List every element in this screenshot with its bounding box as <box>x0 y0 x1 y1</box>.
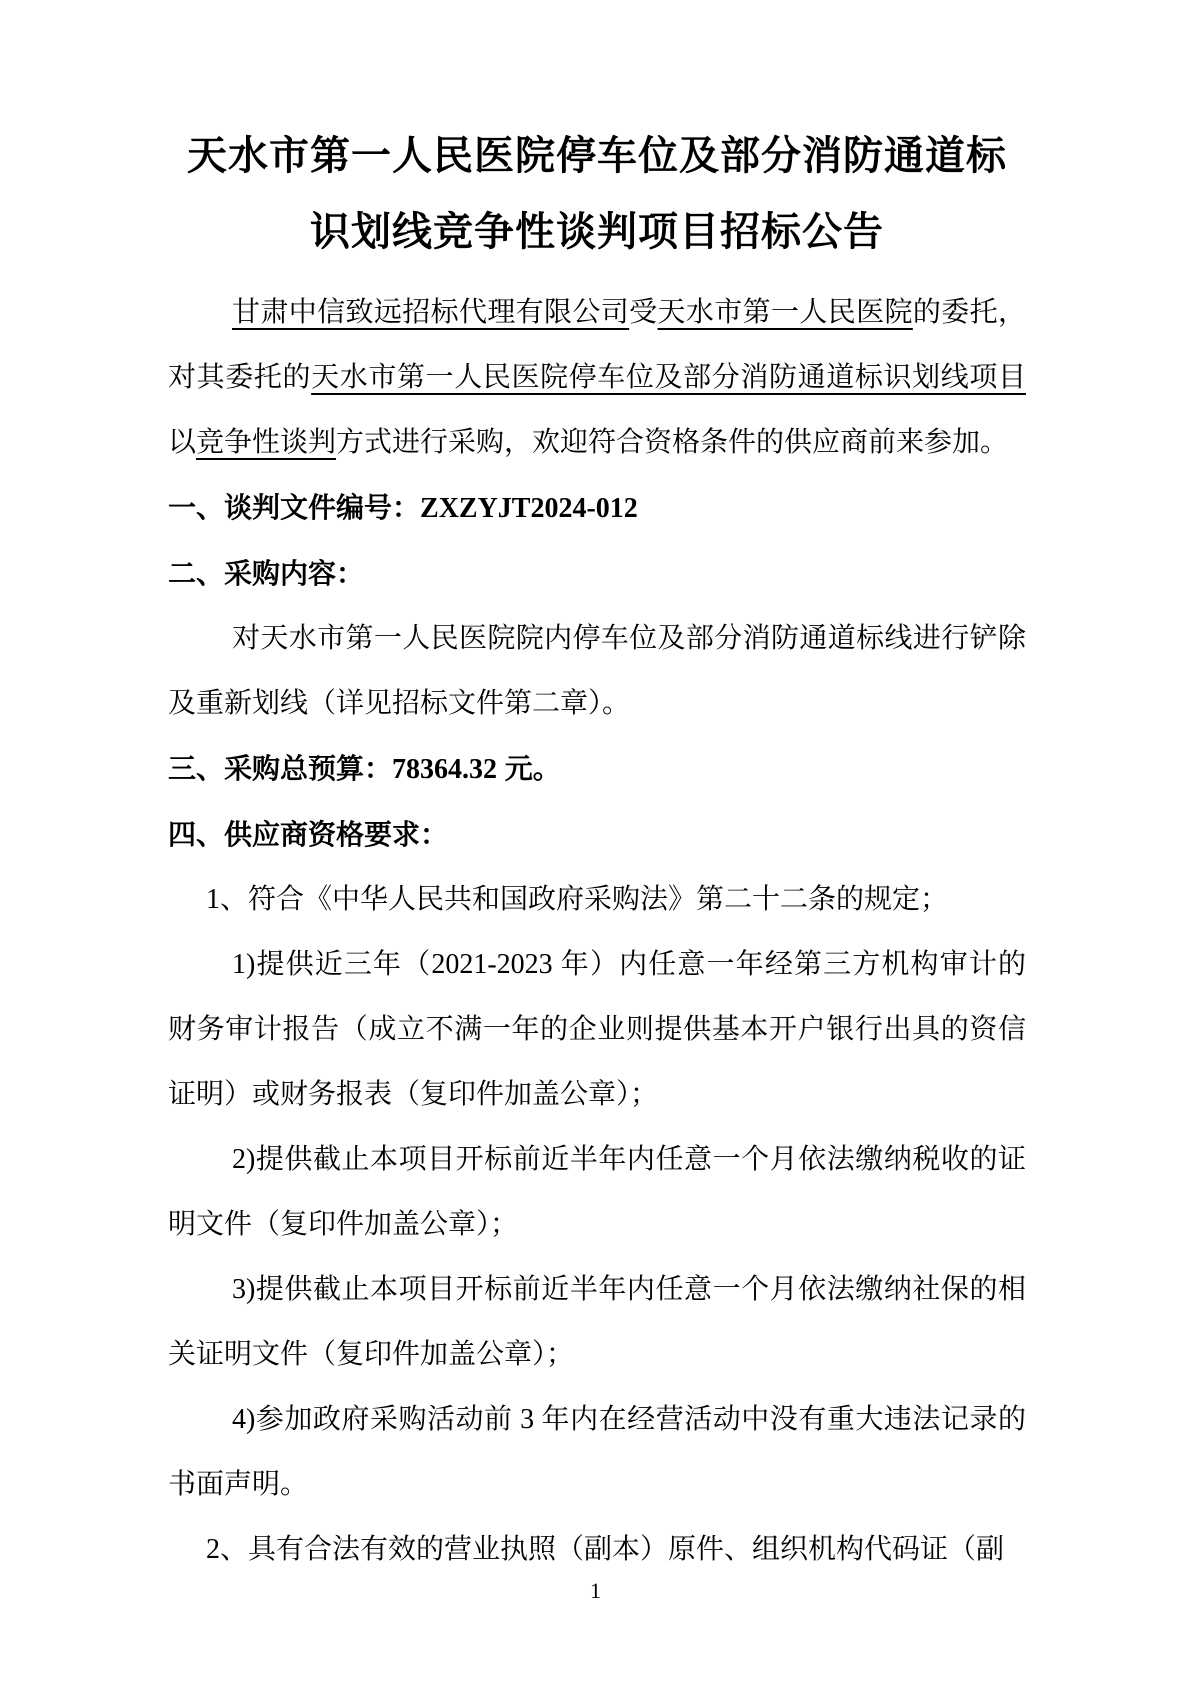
section-budget-label: 三、采购总预算： <box>168 753 392 784</box>
doc-number-value: ZXZYJT2024-012 <box>420 493 638 524</box>
page-number: 1 <box>0 1576 1191 1606</box>
intro-text-1: 受 <box>629 297 657 328</box>
title-line-1: 天水市第一人民医院停车位及部分消防通道标 <box>168 118 1026 194</box>
requirement-sub-4: 4)参加政府采购活动前 3 年内在经营活动中没有重大违法记录的书面声明。 <box>168 1387 1026 1517</box>
client-name-underlined: 天水市第一人民医院 <box>658 297 913 328</box>
agency-name-underlined: 甘肃中信致远招标代理有限公司 <box>232 297 629 328</box>
document-title: 天水市第一人民医院停车位及部分消防通道标识划线竞争性谈判项目招标公告 <box>168 118 1026 270</box>
requirement-item-1: 1、符合《中华人民共和国政府采购法》第二十二条的规定； <box>168 867 1026 932</box>
document-body: 甘肃中信致远招标代理有限公司受天水市第一人民医院的委托，对其委托的天水市第一人民… <box>168 280 1026 1582</box>
section-doc-number-label: 一、谈判文件编号： <box>168 492 420 523</box>
intro-text-4: 方式进行采购，欢迎符合资格条件的供应商前来参加。 <box>336 427 1008 458</box>
document-page: 天水市第一人民医院停车位及部分消防通道标识划线竞争性谈判项目招标公告 甘肃中信致… <box>0 0 1191 1684</box>
section-qualification-label: 四、供应商资格要求： <box>168 819 448 850</box>
section-content-label: 二、采购内容： <box>168 558 364 589</box>
section-doc-number-heading: 一、谈判文件编号：ZXZYJT2024-012 <box>168 475 1026 541</box>
budget-amount: 78364.32 <box>392 754 497 785</box>
requirement-sub-2: 2)提供截止本项目开标前近半年内任意一个月依法缴纳税收的证明文件（复印件加盖公章… <box>168 1127 1026 1257</box>
procurement-method-underlined: 竞争性谈判 <box>196 427 336 458</box>
section-qualification-heading: 四、供应商资格要求： <box>168 802 1026 867</box>
budget-unit: 元。 <box>497 753 561 784</box>
section-budget-heading: 三、采购总预算：78364.32 元。 <box>168 736 1026 802</box>
project-name-underlined: 天水市第一人民医院停车位及部分消防通道标识划线项目 <box>311 362 1026 393</box>
requirement-item-2-partial: 2、具有合法有效的营业执照（副本）原件、组织机构代码证（副 <box>168 1517 1026 1582</box>
intro-text-3: 以 <box>168 427 196 458</box>
requirement-sub-1: 1)提供近三年（2021-2023 年）内任意一年经第三方机构审计的财务审计报告… <box>168 932 1026 1127</box>
section-content-body: 对天水市第一人民医院院内停车位及部分消防通道标线进行铲除及重新划线（详见招标文件… <box>168 606 1026 736</box>
requirement-sub-3: 3)提供截止本项目开标前近半年内任意一个月依法缴纳社保的相关证明文件（复印件加盖… <box>168 1257 1026 1387</box>
title-line-2: 识划线竞争性谈判项目招标公告 <box>168 194 1026 270</box>
intro-paragraph: 甘肃中信致远招标代理有限公司受天水市第一人民医院的委托，对其委托的天水市第一人民… <box>168 280 1026 475</box>
section-content-heading: 二、采购内容： <box>168 541 1026 606</box>
